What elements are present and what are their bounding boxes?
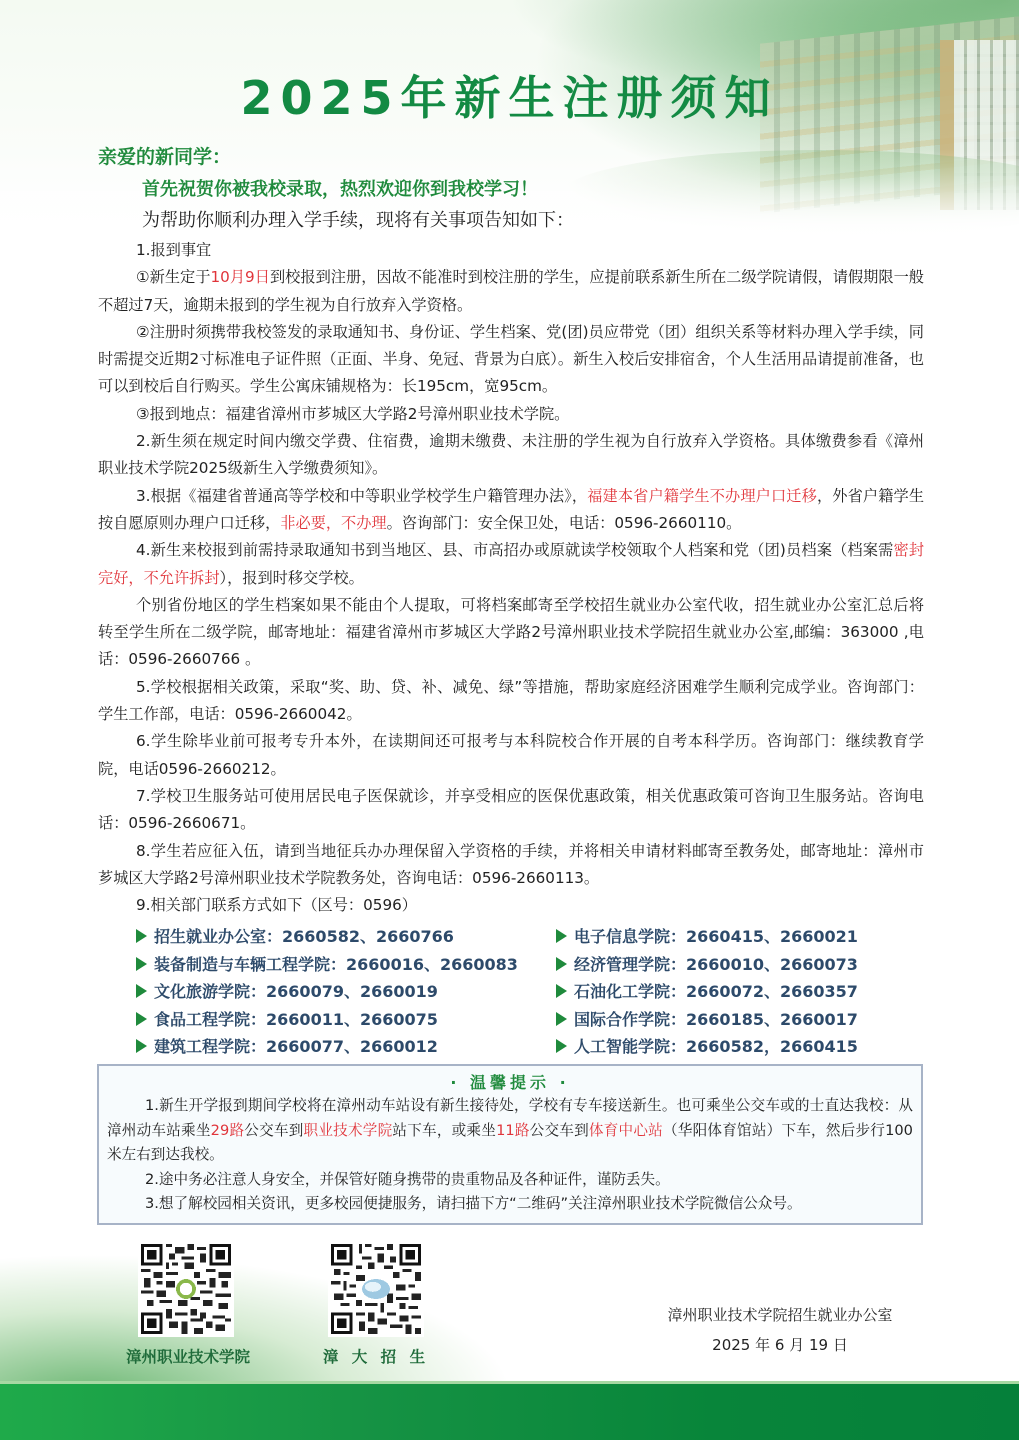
triangle-bullet-icon [556,957,567,971]
text: ①新生定于 [136,268,210,286]
contact-name: 国际合作学院 [574,1010,670,1029]
contact-phones: 2660016、2660083 [346,955,518,974]
contact-phones: 2660582、2660766 [282,927,454,946]
section-1-heading: 1.报到事宜 [98,237,924,264]
footer-band [0,1381,1019,1440]
issue-date: 2025 年 6 月 19 日 [620,1330,940,1360]
notice-items: 1.报到事宜 ①新生定于10月9日到校报到注册，因故不能准时到校注册的学生，应提… [98,237,924,919]
tip-3: 3.想了解校园相关资讯，更多校园便捷服务，请扫描下方“二维码”关注漳州职业技术学… [107,1192,913,1217]
section-9: 9.相关部门联系方式如下（区号：0596） [98,892,924,919]
contact-name: 食品工程学院 [154,1010,250,1029]
footer-wave-decoration [0,1255,640,1390]
tip-1: 1.新生开学报到期间学校将在漳州动车站设有新生接待处，学校有专车接送新生。也可乘… [107,1094,913,1168]
notice-body: 亲爱的新同学： 首先祝贺你被我校录取，热烈欢迎你到我校学习！ 为帮助你顺利办理入… [98,143,924,1059]
qr-code-icon [331,1244,421,1334]
page-title: 2025年新生注册须知 [0,62,1019,128]
registration-date: 10月9日 [210,268,269,286]
contact-name: 招生就业办公室 [154,927,266,946]
tips-box: · 温馨提示 · 1.新生开学报到期间学校将在漳州动车站设有新生接待处，学校有专… [97,1064,923,1225]
triangle-bullet-icon [556,984,567,998]
section-1-item-2: ②注册时须携带我校签发的录取通知书、身份证、学生档案、党(团)员应带党（团）组织… [98,319,924,401]
contact-item: 人工智能学院：2660582，2660415 [556,1035,926,1059]
text: 3.根据《福建省普通高等学校和中等职业学校学生户籍管理办法》， [136,487,587,505]
triangle-bullet-icon [136,1012,147,1026]
contact-phones: 2660582，2660415 [686,1037,858,1056]
qr-code-admissions[interactable] [328,1241,424,1337]
contact-name: 电子信息学院 [574,927,670,946]
section-5: 5.学校根据相关政策，采取“奖、助、贷、补、减免、绿”等措施，帮助家庭经济困难学… [98,674,924,729]
congratulation-line: 首先祝贺你被我校录取，热烈欢迎你到我校学习！ [98,176,924,204]
contact-item: 装备制造与车辆工程学院：2660016、2660083 [98,953,556,977]
contact-item: 食品工程学院：2660011、2660075 [98,1008,556,1032]
section-1-item-1: ①新生定于10月9日到校报到注册，因故不能准时到校注册的学生，应提前联系新生所在… [98,264,924,319]
contact-name: 石油化工学院 [574,982,670,1001]
text: 。咨询部门：安全保卫处，电话：0596-2660110。 [387,514,742,532]
text: 公交车到 [530,1122,589,1139]
contact-item: 建筑工程学院：2660077、2660012 [98,1035,556,1059]
issuing-office: 漳州职业技术学院招生就业办公室 [620,1300,940,1330]
contact-item: 文化旅游学院：2660079、2660019 [98,980,556,1004]
contact-phones: 2660011、2660075 [266,1010,438,1029]
bus-stop: 职业技术学院 [304,1122,393,1139]
contact-name: 装备制造与车辆工程学院 [154,955,330,974]
section-1-item-3: ③报到地点：福建省漳州市芗城区大学路2号漳州职业技术学院。 [98,401,924,428]
triangle-bullet-icon [556,929,567,943]
highlight: 非必要，不办理 [280,514,386,532]
contact-phones: 2660415、2660021 [686,927,858,946]
qr-code-college[interactable] [138,1241,234,1337]
bus-stop: 体育中心站 [589,1122,663,1139]
contact-name: 经济管理学院 [574,955,670,974]
contact-phones: 2660079、2660019 [266,982,438,1001]
contact-phones: 2660077、2660012 [266,1037,438,1056]
signature-block: 漳州职业技术学院招生就业办公室 2025 年 6 月 19 日 [620,1300,940,1360]
triangle-bullet-icon [136,984,147,998]
section-7: 7.学校卫生服务站可使用居民电子医保就诊，并享受相应的医保优惠政策，相关优惠政策… [98,783,924,838]
contact-phones: 2660010、2660073 [686,955,858,974]
contact-list: 招生就业办公室：2660582、2660766 电子信息学院：2660415、2… [98,925,924,1059]
triangle-bullet-icon [136,929,147,943]
contact-name: 文化旅游学院 [154,982,250,1001]
contact-item: 电子信息学院：2660415、2660021 [556,925,926,949]
section-4: 4.新生来校报到前需持录取通知书到当地区、县、市高招办或原就读学校领取个人档案和… [98,537,924,592]
intro-line: 为帮助你顺利办理入学手续，现将有关事项告知如下： [98,207,924,235]
contact-name: 人工智能学院 [574,1037,670,1056]
text: 站下车，或乘坐 [392,1122,496,1139]
qr-label-college: 漳州职业技术学院 [118,1345,258,1367]
section-4-extra: 个别省份地区的学生档案如果不能由个人提取，可将档案邮寄至学校招生就业办公室代收，… [98,592,924,674]
contact-phones: 2660185、2660017 [686,1010,858,1029]
tips-content: 1.新生开学报到期间学校将在漳州动车站设有新生接待处，学校有专车接送新生。也可乘… [107,1094,913,1217]
triangle-bullet-icon [136,957,147,971]
text: ），报到时移交学校。 [220,569,364,587]
contact-item: 招生就业办公室：2660582、2660766 [98,925,556,949]
section-3: 3.根据《福建省普通高等学校和中等职业学校学生户籍管理办法》，福建本省户籍学生不… [98,483,924,538]
section-2: 2.新生须在规定时间内缴交学费、住宿费，逾期未缴费、未注册的学生视为自行放弃入学… [98,428,924,483]
tips-title: · 温馨提示 · [107,1072,913,1094]
triangle-bullet-icon [556,1012,567,1026]
contact-name: 建筑工程学院 [154,1037,250,1056]
triangle-bullet-icon [556,1039,567,1053]
tip-2: 2.途中务必注意人身安全，并保管好随身携带的贵重物品及各种证件，谨防丢失。 [107,1168,913,1193]
contact-phones: 2660072、2660357 [686,982,858,1001]
qr-label-admissions: 漳 大 招 生 [316,1345,436,1367]
section-8: 8.学生若应征入伍，请到当地征兵办办理保留入学资格的手续，并将相关申请材料邮寄至… [98,838,924,893]
triangle-bullet-icon [136,1039,147,1053]
bus-route: 29路 [211,1122,245,1139]
bus-route: 11路 [496,1122,530,1139]
text: 4.新生来校报到前需持录取通知书到当地区、县、市高招办或原就读学校领取个人档案和… [136,541,893,559]
contact-item: 石油化工学院：2660072、2660357 [556,980,926,1004]
contact-item: 国际合作学院：2660185、2660017 [556,1008,926,1032]
section-6: 6.学生除毕业前可报考专升本外，在读期间还可报考与本科院校合作开展的自考本科学历… [98,728,924,783]
highlight: 福建本省户籍学生不办理户口迁移 [587,487,817,505]
qr-code-icon [141,1244,231,1334]
greeting: 亲爱的新同学： [98,143,924,171]
text: 公交车到 [244,1122,303,1139]
contact-item: 经济管理学院：2660010、2660073 [556,953,926,977]
